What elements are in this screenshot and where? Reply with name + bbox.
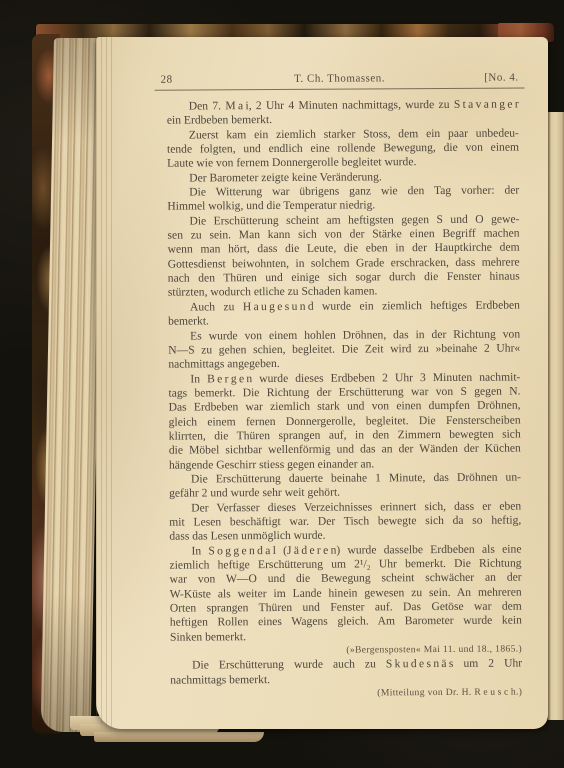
text-line: nach den Thüren und einige sich sogar du… — [168, 270, 520, 286]
bottom-page-edge — [94, 732, 264, 742]
text-line: Auch zu H a u g e s u n d wurde ein ziem… — [168, 298, 520, 314]
paragraph: Den 7. M a i, 2 Uhr 4 Minuten nachmittag… — [167, 98, 519, 129]
body-text: Den 7. M a i, 2 Uhr 4 Minuten nachmittag… — [167, 98, 523, 703]
paragraph: Es wurde von einem hohlen Dröhnen, das i… — [168, 327, 520, 372]
book-page: 28 T. Ch. Thomassen. [No. 4. Den 7. M a … — [96, 37, 548, 729]
paragraph: Der Verfasser dieses Verzeichnisses erin… — [169, 499, 521, 544]
next-page-right-edge — [548, 112, 564, 720]
text-line: Den 7. M a i, 2 Uhr 4 Minuten nachmittag… — [167, 98, 519, 114]
text-line: heftigen Rollen eines Wagens gleich. Am … — [170, 614, 522, 630]
header-rule — [155, 87, 525, 90]
text-line: Die Erschütterung wurde auch zu S k u d … — [170, 657, 522, 673]
paragraph: Auch zu H a u g e s u n d wurde ein ziem… — [168, 298, 520, 329]
text-line: Das Erdbeben war ziemlich stark und von … — [169, 399, 521, 415]
page-header: 28 T. Ch. Thomassen. [No. 4. — [161, 72, 519, 86]
running-title: T. Ch. Thomassen. — [231, 72, 449, 85]
paragraph: Zuerst kam ein ziemlich starker Stoss, d… — [167, 126, 519, 171]
scanned-book-photo: 28 T. Ch. Thomassen. [No. 4. Den 7. M a … — [0, 0, 564, 768]
text-line: die Möbel sichtbar wellenförmig und das … — [169, 442, 521, 458]
citation-line: (Mitteilung von Dr. H. R e u s c h.) — [170, 686, 522, 702]
page-number: 28 — [161, 73, 231, 85]
paragraph: Die Erschütterung dauerte beinahe 1 Minu… — [169, 470, 521, 501]
paragraph: Die Witterung war übrigens ganz wie den … — [167, 184, 519, 215]
text-line: mit Lesen beschäftigt war. Der Tisch bew… — [169, 513, 521, 529]
text-line: tende folgten, und endlich eine rollende… — [167, 141, 519, 157]
paragraph: In S o g g e n d a l (J ä d e r e n) wur… — [169, 542, 522, 645]
paragraph: Die Erschütterung scheint am heftigsten … — [167, 212, 520, 300]
text-line: Die Witterung war übrigens ganz wie den … — [167, 184, 519, 200]
issue-number: [No. 4. — [449, 72, 519, 84]
paragraph: In B e r g e n wurde dieses Erdbeben 2 U… — [168, 370, 521, 473]
text-line: Die Erschütterung dauerte beinahe 1 Minu… — [169, 470, 521, 486]
paragraph: Die Erschütterung wurde auch zu S k u d … — [170, 657, 522, 688]
text-line: N—S zu gehen schien, begleitet. Die Zeit… — [168, 341, 520, 357]
citation-paragraph: (Mitteilung von Dr. H. R e u s c h.) — [170, 686, 522, 702]
page-content: 28 T. Ch. Thomassen. [No. 4. Den 7. M a … — [94, 35, 550, 730]
